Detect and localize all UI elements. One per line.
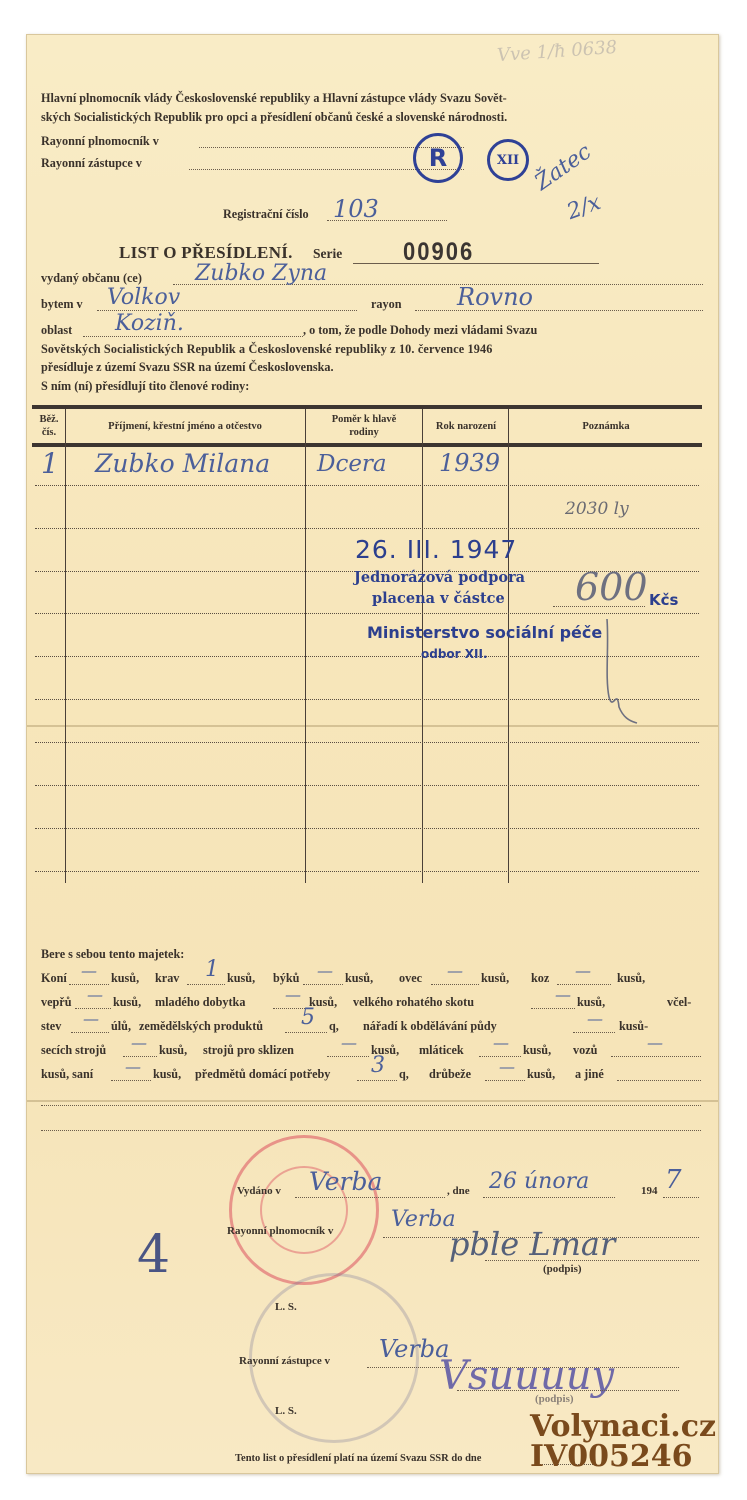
header-line-1: Hlavní plnomocník vlády Československé r…: [41, 91, 507, 106]
label-harvesters: strojů pro sklizen: [203, 1043, 294, 1058]
field-hives: [71, 1032, 109, 1033]
pencil-scribble-icon: [601, 617, 641, 727]
year-suffix: 7: [665, 1165, 682, 1195]
date-label: , dne: [447, 1185, 470, 1197]
field-harvesters: [327, 1056, 369, 1057]
row-line: [35, 785, 699, 786]
stamp-currency: Kčs: [649, 591, 678, 609]
oblast-value: Koziň.: [115, 311, 184, 336]
row-line: [35, 485, 699, 486]
family-intro: S ním (ní) přesídlují tito členové rodin…: [41, 379, 249, 394]
row-line: [35, 871, 699, 872]
header-line-2: ských Socialistických Republik pro opci …: [41, 110, 507, 125]
field-poultry: [485, 1080, 525, 1081]
issued-in-field: [295, 1197, 445, 1198]
margin-number: 4: [137, 1225, 170, 1285]
value-pigs: —: [87, 985, 103, 1004]
field-wagons: [611, 1056, 701, 1057]
plnomocnik-label: Rayonní plnomocník v: [227, 1225, 333, 1237]
value-household: 3: [371, 1053, 385, 1078]
corner-pencil-note: Vve 1/ħ 0638: [496, 37, 617, 66]
zastupce-signature: Vsuuuuy: [439, 1353, 614, 1399]
value-poultry: —: [499, 1057, 515, 1076]
rayon-value: Rovno: [457, 283, 533, 311]
zastupce-label: Rayonní zástupce v: [239, 1355, 330, 1367]
label-young-cattle: mladého dobytka: [155, 995, 245, 1010]
header-birth-year: Rok narození: [424, 420, 508, 433]
year-field: [663, 1197, 699, 1198]
validity-text: Tento list o přesídlení platí na území S…: [235, 1453, 481, 1464]
registration-value: 103: [333, 195, 379, 223]
table-top-rule: [32, 405, 702, 409]
value-sleighs: —: [125, 1057, 141, 1076]
field-produce: [285, 1032, 327, 1033]
row-relation: Dcera: [317, 451, 387, 477]
serie-label: Serie: [313, 246, 342, 262]
label-seeders: secích strojů: [41, 1043, 106, 1058]
row-line: [35, 656, 699, 657]
unit-household: q,: [399, 1067, 409, 1082]
row-line: [35, 528, 699, 529]
value-threshers: —: [493, 1033, 509, 1052]
ls-label: L. S.: [275, 1301, 297, 1313]
oblast-label: oblast: [41, 323, 72, 338]
plnomocnik-value: Verba: [391, 1207, 456, 1232]
label-goats: koz: [531, 971, 549, 986]
rayonni-zastupce-label: Rayonní zástupce v: [41, 156, 142, 171]
fold-line: [27, 1100, 718, 1102]
unit-threshers: kusů,: [523, 1043, 551, 1058]
serie-field: [353, 263, 599, 264]
value-wagons: —: [647, 1033, 663, 1052]
rayonni-plnomocnik-label: Rayonní plnomocník v: [41, 134, 159, 149]
label-tools: nářadí k obdělávání půdy: [363, 1019, 497, 1034]
unit-sleighs: kusů,: [153, 1067, 181, 1082]
header-number: Běž. čís.: [33, 413, 65, 439]
label-large-cattle: velkého rohatého skotu: [353, 995, 474, 1010]
stamp-date: 26. III. 1947: [355, 535, 517, 564]
unit-bulls: kusů,: [345, 971, 373, 986]
table-header-rule: [32, 443, 702, 447]
red-seal: [229, 1135, 379, 1285]
col-divider: [305, 409, 306, 883]
row-name: Zubko Milana: [95, 449, 270, 478]
stamp-line-2: placena v částce: [372, 590, 505, 607]
body-line-3: přesídluje z území Svazu SSR na území Če…: [41, 360, 334, 375]
label-sleighs: kusů, saní: [41, 1067, 93, 1082]
label-household: předmětů domácí potřeby: [195, 1067, 330, 1082]
oblast-field: [83, 336, 303, 337]
handwritten-zatec-sub: 2/x: [564, 190, 604, 225]
year-prefix: 194: [641, 1185, 658, 1197]
date-value: 26 února: [489, 1169, 589, 1194]
watermark-id: IV005246: [530, 1442, 693, 1472]
extra-line: [41, 1130, 701, 1131]
watermark-site: Volynaci.cz: [530, 1412, 716, 1442]
value-horses: —: [81, 961, 97, 980]
value-hives: —: [83, 1009, 99, 1028]
stamp-amount: 600: [575, 565, 648, 609]
row-birth-year: 1939: [439, 449, 500, 477]
label-poultry: drůbeže: [429, 1067, 471, 1082]
label-bees: včel-: [667, 995, 691, 1010]
signature-line: [485, 1260, 699, 1261]
stamp-r: R: [413, 133, 463, 183]
label-threshers: mláticek: [419, 1043, 464, 1058]
extra-line: [41, 1105, 701, 1106]
field-tools: [573, 1032, 615, 1033]
plnomocnik-signature: pble Lmar: [449, 1225, 615, 1263]
label-horses: Koní: [41, 971, 67, 986]
handwritten-zatec: Žatec: [530, 139, 596, 195]
date-field: [483, 1197, 615, 1198]
residence-value: Volkov: [107, 285, 180, 310]
document-sheet: Vve 1/ħ 0638 Hlavní plnomocník vlády Čes…: [26, 34, 719, 1474]
unit-poultry: kusů,: [527, 1067, 555, 1082]
col-divider: [508, 409, 509, 883]
field-sleighs: [111, 1080, 151, 1081]
ls-label-2: L. S.: [275, 1405, 297, 1417]
value-sheep: —: [447, 961, 463, 980]
row-line: [35, 699, 699, 700]
col-divider: [422, 409, 423, 883]
signature-line-2: [457, 1390, 679, 1391]
value-bulls: —: [317, 961, 333, 980]
serie-value: 00906: [403, 237, 474, 267]
podpis-label: (podpis): [543, 1263, 582, 1275]
registration-label: Registrační číslo: [223, 207, 309, 222]
unit-cows: kusů,: [227, 971, 255, 986]
issued-to-label: vydaný občanu (ce): [41, 271, 142, 286]
header-note: Poznámka: [510, 420, 702, 433]
property-intro: Bere s sebou tento majetek:: [41, 947, 184, 962]
value-young-cattle: —: [285, 985, 301, 1004]
field-other: [617, 1080, 701, 1081]
value-large-cattle: —: [555, 985, 571, 1004]
issued-to-value: Zubko Zyna: [195, 261, 327, 286]
unit-produce: q,: [329, 1019, 339, 1034]
rayon-label: rayon: [371, 297, 401, 312]
unit-seeders: kusů,: [159, 1043, 187, 1058]
col-divider: [65, 409, 66, 883]
unit-large-cattle: kusů,: [577, 995, 605, 1010]
label-bulls: býků: [273, 971, 299, 986]
value-goats: —: [575, 961, 591, 980]
row-line: [35, 613, 699, 614]
issued-in-value: Verba: [309, 1167, 382, 1196]
label-wagons: vozů: [573, 1043, 597, 1058]
body-line-2: Sovětských Socialistických Republik a Če…: [41, 342, 493, 357]
unit-tools: kusů-: [619, 1019, 648, 1034]
unit-goats: kusů,: [617, 971, 645, 986]
field-cows: [187, 984, 225, 985]
stamp-xii: XII: [487, 139, 529, 181]
label-pigs: vepřů: [41, 995, 71, 1010]
field-large-cattle: [531, 1008, 575, 1009]
field-sheep: [431, 984, 479, 985]
body-line-1: , o tom, že podle Dohody mezi vládami Sv…: [303, 323, 537, 338]
stamp-line-1: Jednorázová podpora: [354, 569, 525, 586]
header-relation: Poměr k hlavě rodiny: [317, 413, 411, 439]
header-name: Příjmení, křestní jméno a otčestvo: [67, 420, 303, 433]
value-seeders: —: [131, 1033, 147, 1052]
row-line: [35, 828, 699, 829]
unit-pigs: kusů,: [113, 995, 141, 1010]
margin-note: 2030 ly: [565, 499, 629, 519]
label-hives: stev: [41, 1019, 61, 1034]
value-cows: 1: [205, 957, 219, 982]
issued-in-label: Vydáno v: [237, 1185, 281, 1197]
residence-label: bytem v: [41, 297, 83, 312]
label-other: a jiné: [575, 1067, 604, 1082]
stamp-line-4: odbor XII.: [421, 647, 488, 661]
label-cows: krav: [155, 971, 179, 986]
unit-hives: úlů,: [111, 1019, 131, 1034]
value-harvesters: —: [341, 1033, 357, 1052]
field-household: [357, 1080, 397, 1081]
row-line: [35, 742, 699, 743]
label-sheep: ovec: [399, 971, 422, 986]
row-number: 1: [41, 447, 59, 480]
document-title: LIST O PŘESÍDLENÍ.: [119, 243, 293, 263]
value-tools: —: [587, 1009, 603, 1028]
unit-sheep: kusů,: [481, 971, 509, 986]
stamp-line-3: Ministerstvo sociální péče: [367, 623, 602, 642]
podpis-label-2: (podpis): [535, 1393, 574, 1405]
label-produce: zemědělských produktů: [139, 1019, 263, 1034]
field-bulls: [303, 984, 343, 985]
unit-horses: kusů,: [111, 971, 139, 986]
value-produce: 5: [301, 1005, 315, 1030]
